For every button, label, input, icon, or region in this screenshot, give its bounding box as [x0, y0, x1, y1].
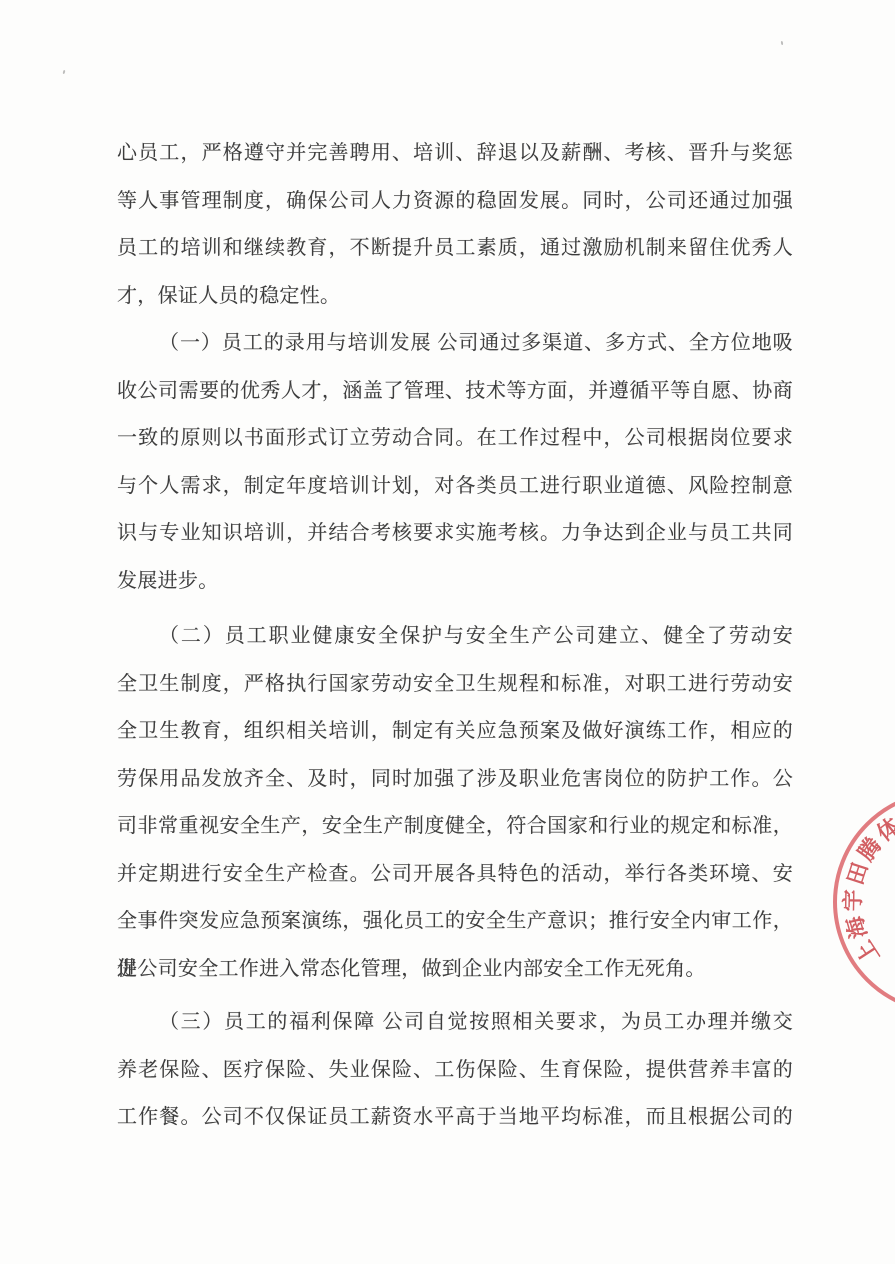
- seal-ring: [835, 792, 895, 1012]
- text-line: 等人事管理制度，确保公司人力资源的稳固发展。同时，公司还通过加强: [117, 178, 793, 226]
- document-body: 心员工，严格遵守并完善聘用、培训、辞退以及薪酬、考核、晋升与奖惩等人事管理制度，…: [117, 130, 793, 1142]
- text-line: 司非常重视安全生产，安全生产制度健全，符合国家和行业的规定和标准，: [117, 803, 793, 851]
- seal-character: 腾: [853, 833, 886, 865]
- text-line: 并定期进行安全生产检查。公司开展各具特色的活动，举行各类环境、安: [117, 851, 793, 899]
- text-line: 才，保证人员的稳定性。: [117, 273, 793, 321]
- text-line: 发展进步。: [117, 558, 793, 606]
- paragraph: 心员工，严格遵守并完善聘用、培训、辞退以及薪酬、考核、晋升与奖惩等人事管理制度，…: [117, 130, 793, 320]
- seal-character: 田: [842, 859, 873, 888]
- seal-character: 海: [841, 912, 871, 941]
- paragraph: （二）员工职业健康安全保护与安全生产公司建立、健全了劳动安全卫生制度，严格执行国…: [117, 613, 793, 993]
- scan-speck: [781, 41, 784, 45]
- seal-character: 体: [872, 813, 895, 846]
- text-line: （一）员工的录用与培训发展 公司通过多渠道、多方式、全方位地吸: [117, 320, 793, 368]
- text-line: 全事件突发应急预案演练，强化员工的安全生产意识；推行安全内审工作，促: [117, 898, 793, 946]
- text-line: 一致的原则以书面形式订立劳动合同。在工作过程中，公司根据岗位要求: [117, 415, 793, 463]
- text-line: 与个人需求，制定年度培训计划，对各类员工进行职业道德、风险控制意: [117, 463, 793, 511]
- text-line: （二）员工职业健康安全保护与安全生产公司建立、健全了劳动安: [117, 613, 793, 661]
- text-line: 心员工，严格遵守并完善聘用、培训、辞退以及薪酬、考核、晋升与奖惩: [117, 130, 793, 178]
- paragraph: （三）员工的福利保障 公司自觉按照相关要求，为员工办理并缴交养老保险、医疗保险、…: [117, 999, 793, 1142]
- seal-character: 宇: [840, 889, 865, 911]
- seal-character: 上: [851, 936, 884, 968]
- text-line: 养老保险、医疗保险、失业保险、工伤保险、生育保险，提供营养丰富的: [117, 1047, 793, 1095]
- text-line: 劳保用品发放齐全、及时，同时加强了涉及职业危害岗位的防护工作。公: [117, 756, 793, 804]
- text-line: 全卫生教育，组织相关培训，制定有关应急预案及做好演练工作，相应的: [117, 708, 793, 756]
- text-line: （三）员工的福利保障 公司自觉按照相关要求，为员工办理并缴交: [117, 999, 793, 1047]
- text-line: 收公司需要的优秀人才，涵盖了管理、技术等方面，并遵循平等自愿、协商: [117, 368, 793, 416]
- scan-speck: [63, 70, 66, 74]
- text-line: 进公司安全工作进入常态化管理，做到企业内部安全工作无死角。: [117, 946, 793, 994]
- text-line: 全卫生制度，严格执行国家劳动安全卫生规程和标准，对职工进行劳动安: [117, 661, 793, 709]
- company-seal-stamp: 上海宇田腾体: [823, 780, 895, 1024]
- paragraph: （一）员工的录用与培训发展 公司通过多渠道、多方式、全方位地吸收公司需要的优秀人…: [117, 320, 793, 605]
- text-line: 识与专业知识培训，并结合考核要求实施考核。力争达到企业与员工共同: [117, 510, 793, 558]
- text-line: 工作餐。公司不仅保证员工薪资水平高于当地平均标准，而且根据公司的: [117, 1094, 793, 1142]
- scan-speck: [256, 1018, 258, 1020]
- text-line: 员工的培训和继续教育，不断提升员工素质，通过激励机制来留住优秀人: [117, 225, 793, 273]
- document-page: 心员工，严格遵守并完善聘用、培训、辞退以及薪酬、考核、晋升与奖惩等人事管理制度，…: [0, 0, 895, 1264]
